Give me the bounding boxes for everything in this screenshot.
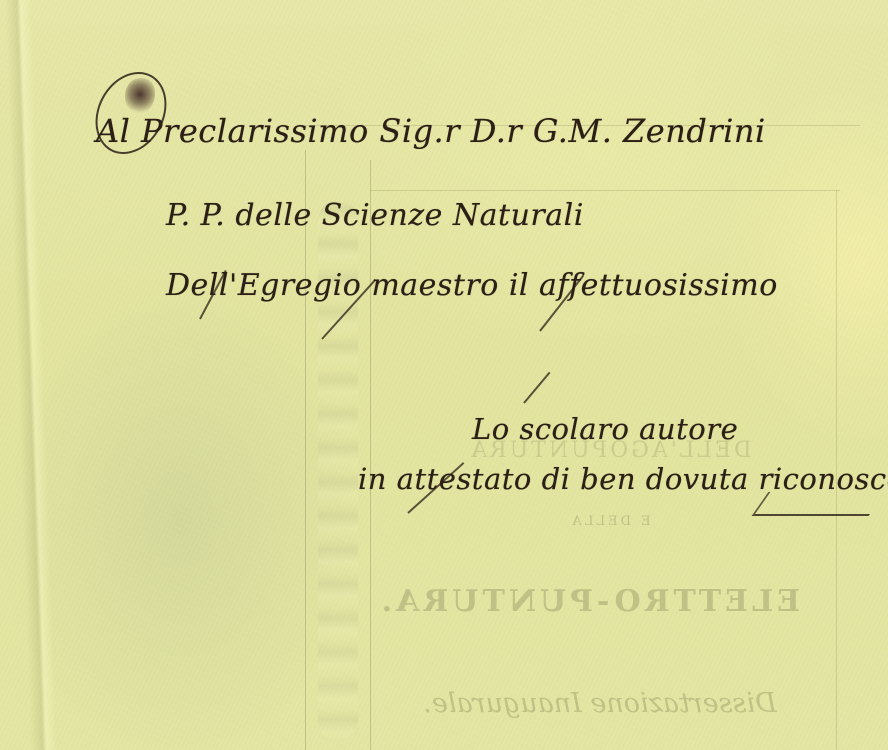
fold-crease — [5, 0, 57, 750]
bleed-through-subtitle: Dissertazione Inaugurale. — [410, 688, 790, 719]
border-line-left-inner — [370, 160, 371, 750]
dedication-line-relation: Dell'Egregio maestro il affettuosissimo — [166, 268, 778, 303]
dedication-line-title: P. P. delle Scienze Naturali — [166, 198, 584, 233]
bleed-through-conjunction: E DELLA — [540, 514, 680, 529]
dedication-line-author: Lo scolaro autore — [472, 412, 738, 446]
dedication-line-addressee: Al Preclarissimo Sig.r D.r G.M. Zendrini — [96, 112, 766, 150]
border-line-left-outer — [305, 150, 306, 750]
document-page: DELL'AGOPUNTURA E DELLA ELETTRO-PUNTURA.… — [0, 0, 888, 750]
dedication-line-gratitude: in attestato di ben dovuta riconoscenza — [358, 462, 888, 496]
signature-flourish-icon — [752, 492, 886, 516]
ascender-stroke — [523, 372, 550, 404]
border-line-inner-top — [370, 190, 840, 191]
bleed-through-title: ELETTRO-PUNTURA. — [420, 584, 800, 619]
